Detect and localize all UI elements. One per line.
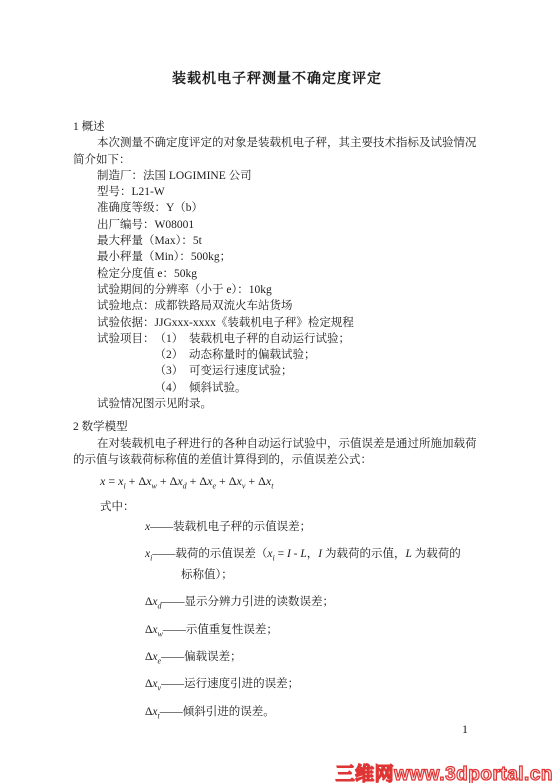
definition-dash: —— bbox=[161, 678, 184, 690]
test-item: （3） 可变运行速度试验； bbox=[155, 363, 497, 379]
formula-text: + Δ bbox=[245, 474, 265, 488]
error-formula: x = xi + Δxw + Δxd + Δxe + Δxv + Δxt bbox=[73, 472, 496, 490]
formula-text: 显示分辨力引进的读数误差； bbox=[185, 596, 335, 608]
document-body: 1 概述 本次测量不确定度评定的对象是装载机电子秤，其主要技术指标及试验情况简介… bbox=[73, 119, 496, 720]
definition-dash: —— bbox=[161, 651, 184, 663]
formula-text: 示值重复性误差； bbox=[186, 624, 278, 636]
definition-symbol: Δxd bbox=[145, 596, 162, 608]
definition-text: 示值重复性误差； bbox=[186, 624, 278, 636]
appendix-note: 试验情况图示见附录。 bbox=[73, 396, 496, 412]
formula-text: ， bbox=[307, 548, 319, 560]
spec-item: 试验地点：成都铁路局双流火车站货场 bbox=[73, 298, 496, 314]
formula-text: = bbox=[105, 474, 118, 488]
formula-text: 为载荷的示值， bbox=[322, 548, 405, 560]
symbol-definition: Δxt——倾斜引进的误差。 bbox=[145, 704, 496, 720]
page-number: 1 bbox=[462, 721, 468, 737]
definition-dash: —— bbox=[162, 596, 185, 608]
intro-line: 简介如下： bbox=[73, 152, 496, 168]
definition-dash: —— bbox=[160, 706, 183, 718]
formula-text: 标称值）； bbox=[181, 569, 233, 581]
document-title: 装载机电子秤测量不确定度评定 bbox=[0, 0, 554, 90]
symbol-definition: Δxd——显示分辨力引进的读数误差； bbox=[145, 594, 496, 610]
paragraph-line: 的示值与该载荷标称值的差值计算得到的，示值误差公式： bbox=[73, 452, 496, 468]
formula-text: 运行速度引进的误差； bbox=[184, 678, 299, 690]
test-item: （1） 装载机电子秤的自动运行试验； bbox=[155, 331, 497, 347]
spec-list: 制造厂：法国 LOGIMINE 公司型号：L21-W准确度等级：Y（b）出厂编号… bbox=[73, 168, 496, 331]
formula-text: 为载荷的 bbox=[412, 548, 461, 560]
formula-text: + Δ bbox=[187, 474, 207, 488]
definition-symbol: Δxw bbox=[145, 624, 163, 636]
document-page: 装载机电子秤测量不确定度评定 1 概述 本次测量不确定度评定的对象是装载机电子秤… bbox=[0, 0, 554, 783]
formula-text: + Δ bbox=[157, 474, 177, 488]
formula-text: 偏载误差； bbox=[184, 651, 242, 663]
spec-item: 型号：L21-W bbox=[73, 184, 496, 200]
paragraph-line: 在对装载机电子秤进行的各种自动运行试验中，示值误差是通过所施加载荷 bbox=[73, 436, 496, 452]
formula-text: - bbox=[291, 548, 301, 560]
spec-item: 检定分度值 e：50kg bbox=[73, 266, 496, 282]
definition-dash: —— bbox=[152, 548, 175, 560]
definition-dash: —— bbox=[150, 521, 173, 533]
test-item: （4） 倾斜试验。 bbox=[155, 380, 497, 396]
section-1-heading: 1 概述 bbox=[73, 119, 496, 135]
where-label: 式中： bbox=[73, 499, 496, 515]
test-item: （2） 动态称量时的偏载试验； bbox=[155, 347, 497, 363]
formula-text: 倾斜引进的误差。 bbox=[183, 706, 275, 718]
spec-item: 准确度等级：Y（b） bbox=[73, 200, 496, 216]
spec-item: 最小秤量（Min）：500kg； bbox=[73, 249, 496, 265]
formula-text: + Δ bbox=[216, 474, 236, 488]
section-2-paragraph: 在对装载机电子秤进行的各种自动运行试验中，示值误差是通过所施加载荷的示值与该载荷… bbox=[73, 436, 496, 469]
symbol-definition: x——装载机电子秤的示值误差； bbox=[145, 519, 496, 535]
spec-item: 试验期间的分辨率（小于 e）：10kg bbox=[73, 282, 496, 298]
formula-text: 装载机电子秤的示值误差； bbox=[173, 521, 311, 533]
symbol-definition: Δxw——示值重复性误差； bbox=[145, 622, 496, 638]
test-items-label: 试验项目： bbox=[97, 331, 155, 347]
watermark: 三维网www.3dportal.cn bbox=[336, 767, 553, 783]
definition-symbol: Δxv bbox=[145, 678, 161, 690]
definition-text: 装载机电子秤的示值误差； bbox=[173, 521, 311, 533]
test-items-list: （1） 装载机电子秤的自动运行试验；（2） 动态称量时的偏载试验；（3） 可变运… bbox=[155, 331, 497, 396]
spec-item: 出厂编号：W08001 bbox=[73, 217, 496, 233]
section-1-intro: 本次测量不确定度评定的对象是装载机电子秤，其主要技术指标及试验情况简介如下： bbox=[73, 135, 496, 168]
formula-text: + Δ bbox=[126, 474, 146, 488]
spec-item: 最大秤量（Max）：5t bbox=[73, 233, 496, 249]
formula-text: = bbox=[275, 548, 287, 560]
definition-text: 显示分辨力引进的读数误差； bbox=[185, 596, 335, 608]
definition-symbol: Δxe bbox=[145, 651, 161, 663]
symbol-definition: Δxe——偏载误差； bbox=[145, 649, 496, 665]
formula-text: 载荷的示值误差（ bbox=[175, 548, 267, 560]
definition-text-continued: 标称值）； bbox=[145, 567, 496, 583]
definition-dash: —— bbox=[163, 624, 186, 636]
definition-text: 偏载误差； bbox=[184, 651, 242, 663]
spec-item: 制造厂：法国 LOGIMINE 公司 bbox=[73, 168, 496, 184]
test-items-block: 试验项目： （1） 装载机电子秤的自动运行试验；（2） 动态称量时的偏载试验；（… bbox=[73, 331, 496, 396]
spec-item: 试验依据：JJGxxx-xxxx《装载机电子秤》检定规程 bbox=[73, 315, 496, 331]
symbol-definition: xi——载荷的示值误差（xi = I - L，I 为载荷的示值，L 为载荷的标称… bbox=[145, 546, 496, 584]
section-2-heading: 2 数学模型 bbox=[73, 419, 496, 435]
definition-symbol: Δxt bbox=[145, 706, 160, 718]
intro-line: 本次测量不确定度评定的对象是装载机电子秤，其主要技术指标及试验情况 bbox=[73, 135, 496, 151]
symbol-definition: Δxv——运行速度引进的误差； bbox=[145, 676, 496, 692]
definition-text: 载荷的示值误差（xi = I - L，I 为载荷的示值，L 为载荷的 bbox=[175, 548, 460, 560]
subscript: t bbox=[271, 482, 273, 491]
definition-text: 倾斜引进的误差。 bbox=[183, 706, 275, 718]
symbol-definitions: x——装载机电子秤的示值误差；xi——载荷的示值误差（xi = I - L，I … bbox=[73, 519, 496, 720]
definition-text: 运行速度引进的误差； bbox=[184, 678, 299, 690]
